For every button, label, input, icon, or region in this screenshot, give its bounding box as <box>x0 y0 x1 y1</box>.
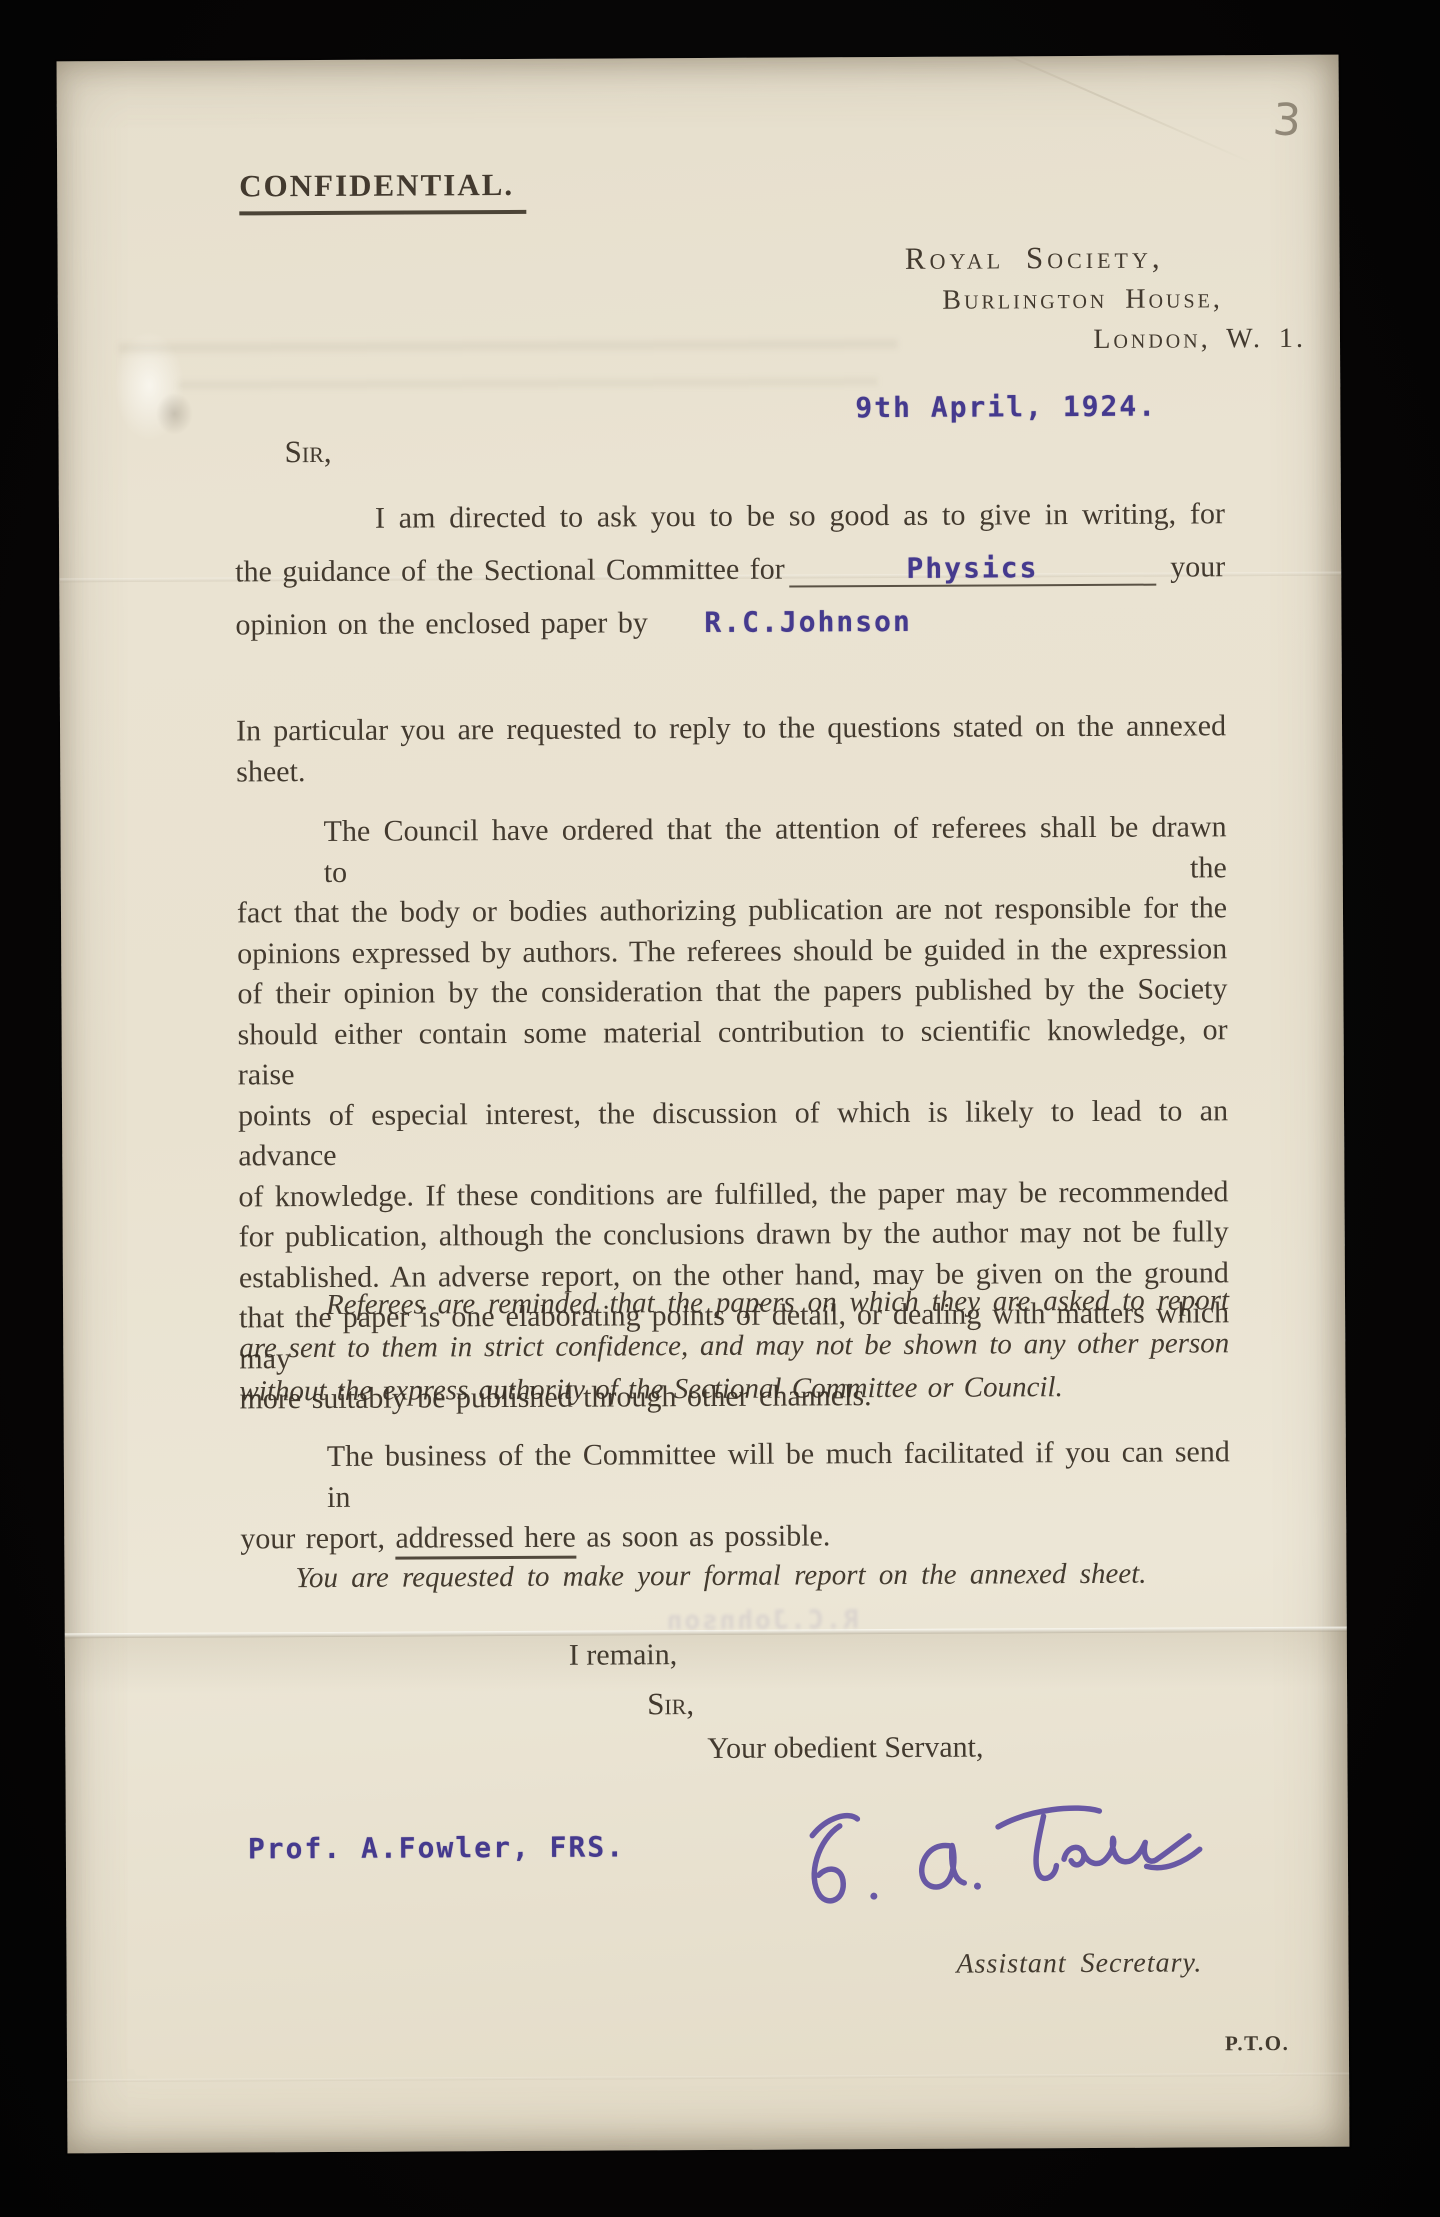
committee-line-end: your <box>1170 540 1225 593</box>
text-line: fact that the body or bodies authorizing… <box>237 888 1227 934</box>
confidence-paragraph: Referees are reminded that the papers on… <box>239 1279 1230 1413</box>
signature-f-a-towle <box>789 1782 1226 1937</box>
text-line: In particular you are requested to reply… <box>236 705 1226 751</box>
text-line: are sent to them in strict confidence, a… <box>239 1322 1229 1370</box>
typed-date: 9th April, 1924. <box>855 390 1157 425</box>
business-paragraph: The business of the Committee will be mu… <box>240 1431 1231 1559</box>
text-line: Referees are reminded that the papers on… <box>239 1279 1229 1327</box>
text-line: for publication, although the conclusion… <box>239 1212 1229 1258</box>
text-line: I am directed to ask you to be so good a… <box>235 487 1225 545</box>
committee-line-text: the guidance of the Sectional Committee … <box>235 543 785 599</box>
ink-offset-smudge <box>178 377 878 390</box>
bleedthrough-text: R.C.Johnson <box>665 1605 859 1636</box>
edge-damage-mark <box>154 391 194 437</box>
text-line: the guidance of the Sectional Committee … <box>235 540 1225 598</box>
business-line-start: your report, <box>240 1522 385 1556</box>
text-line: sheet. <box>236 746 1226 792</box>
letterhead-society-name: Royal Society, <box>905 240 1164 277</box>
committee-name: Physics <box>906 551 1038 585</box>
addressee-name: Prof. A.Fowler, FRS. <box>248 1830 625 1865</box>
business-line-end: as soon as possible. <box>586 1519 830 1553</box>
text-line: of knowledge. If these conditions are fu… <box>238 1172 1228 1218</box>
signature-title: Assistant Secretary. <box>956 1947 1202 1980</box>
letterhead-city: London, W. 1. <box>1093 323 1306 356</box>
fold-crease-shadow <box>65 1632 1347 1695</box>
pto-label: P.T.O. <box>1225 2031 1290 2056</box>
text-line: of their opinion by the consideration th… <box>237 969 1227 1015</box>
text-line: without the express authority of the Sec… <box>239 1365 1229 1413</box>
text-line: points of especial interest, the discuss… <box>238 1091 1228 1177</box>
closing-i-remain: I remain, <box>569 1638 677 1673</box>
text-line: opinions expressed by authors. The refer… <box>237 929 1227 975</box>
page-number-annotation: 3 <box>1271 94 1302 147</box>
fold-crease-bottom <box>67 2073 1349 2083</box>
ink-offset-smudge <box>118 339 898 353</box>
letter-paper: 3 CONFIDENTIAL. Royal Society, Burlingto… <box>57 55 1350 2154</box>
text-line: opinion on the enclosed paper by R.C.Joh… <box>235 593 1225 651</box>
addressed-here-underlined: addressed here <box>395 1521 576 1560</box>
request-paragraph: I am directed to ask you to be so good a… <box>235 487 1226 651</box>
particular-paragraph: In particular you are requested to reply… <box>236 705 1226 792</box>
formal-report-line: You are requested to make your formal re… <box>240 1557 1285 1595</box>
closing-obedient-servant: Your obedient Servant, <box>707 1731 983 1766</box>
text-line: should either contain some material cont… <box>238 1010 1228 1096</box>
closing-sir: Sir, <box>647 1686 694 1722</box>
corner-crease <box>950 55 1253 164</box>
letterhead-building: Burlington House, <box>942 283 1223 316</box>
text-line: The Council have ordered that the attent… <box>236 807 1226 893</box>
committee-blank-line: Physics <box>789 553 1157 588</box>
text-line: The business of the Committee will be mu… <box>240 1431 1230 1518</box>
author-name: R.C.Johnson <box>704 605 912 639</box>
salutation: Sir, <box>284 434 331 470</box>
confidential-heading: CONFIDENTIAL. <box>239 167 526 216</box>
text-line: your report, addressed here as soon as p… <box>240 1513 1230 1559</box>
author-line-text: opinion on the enclosed paper by <box>235 606 648 641</box>
